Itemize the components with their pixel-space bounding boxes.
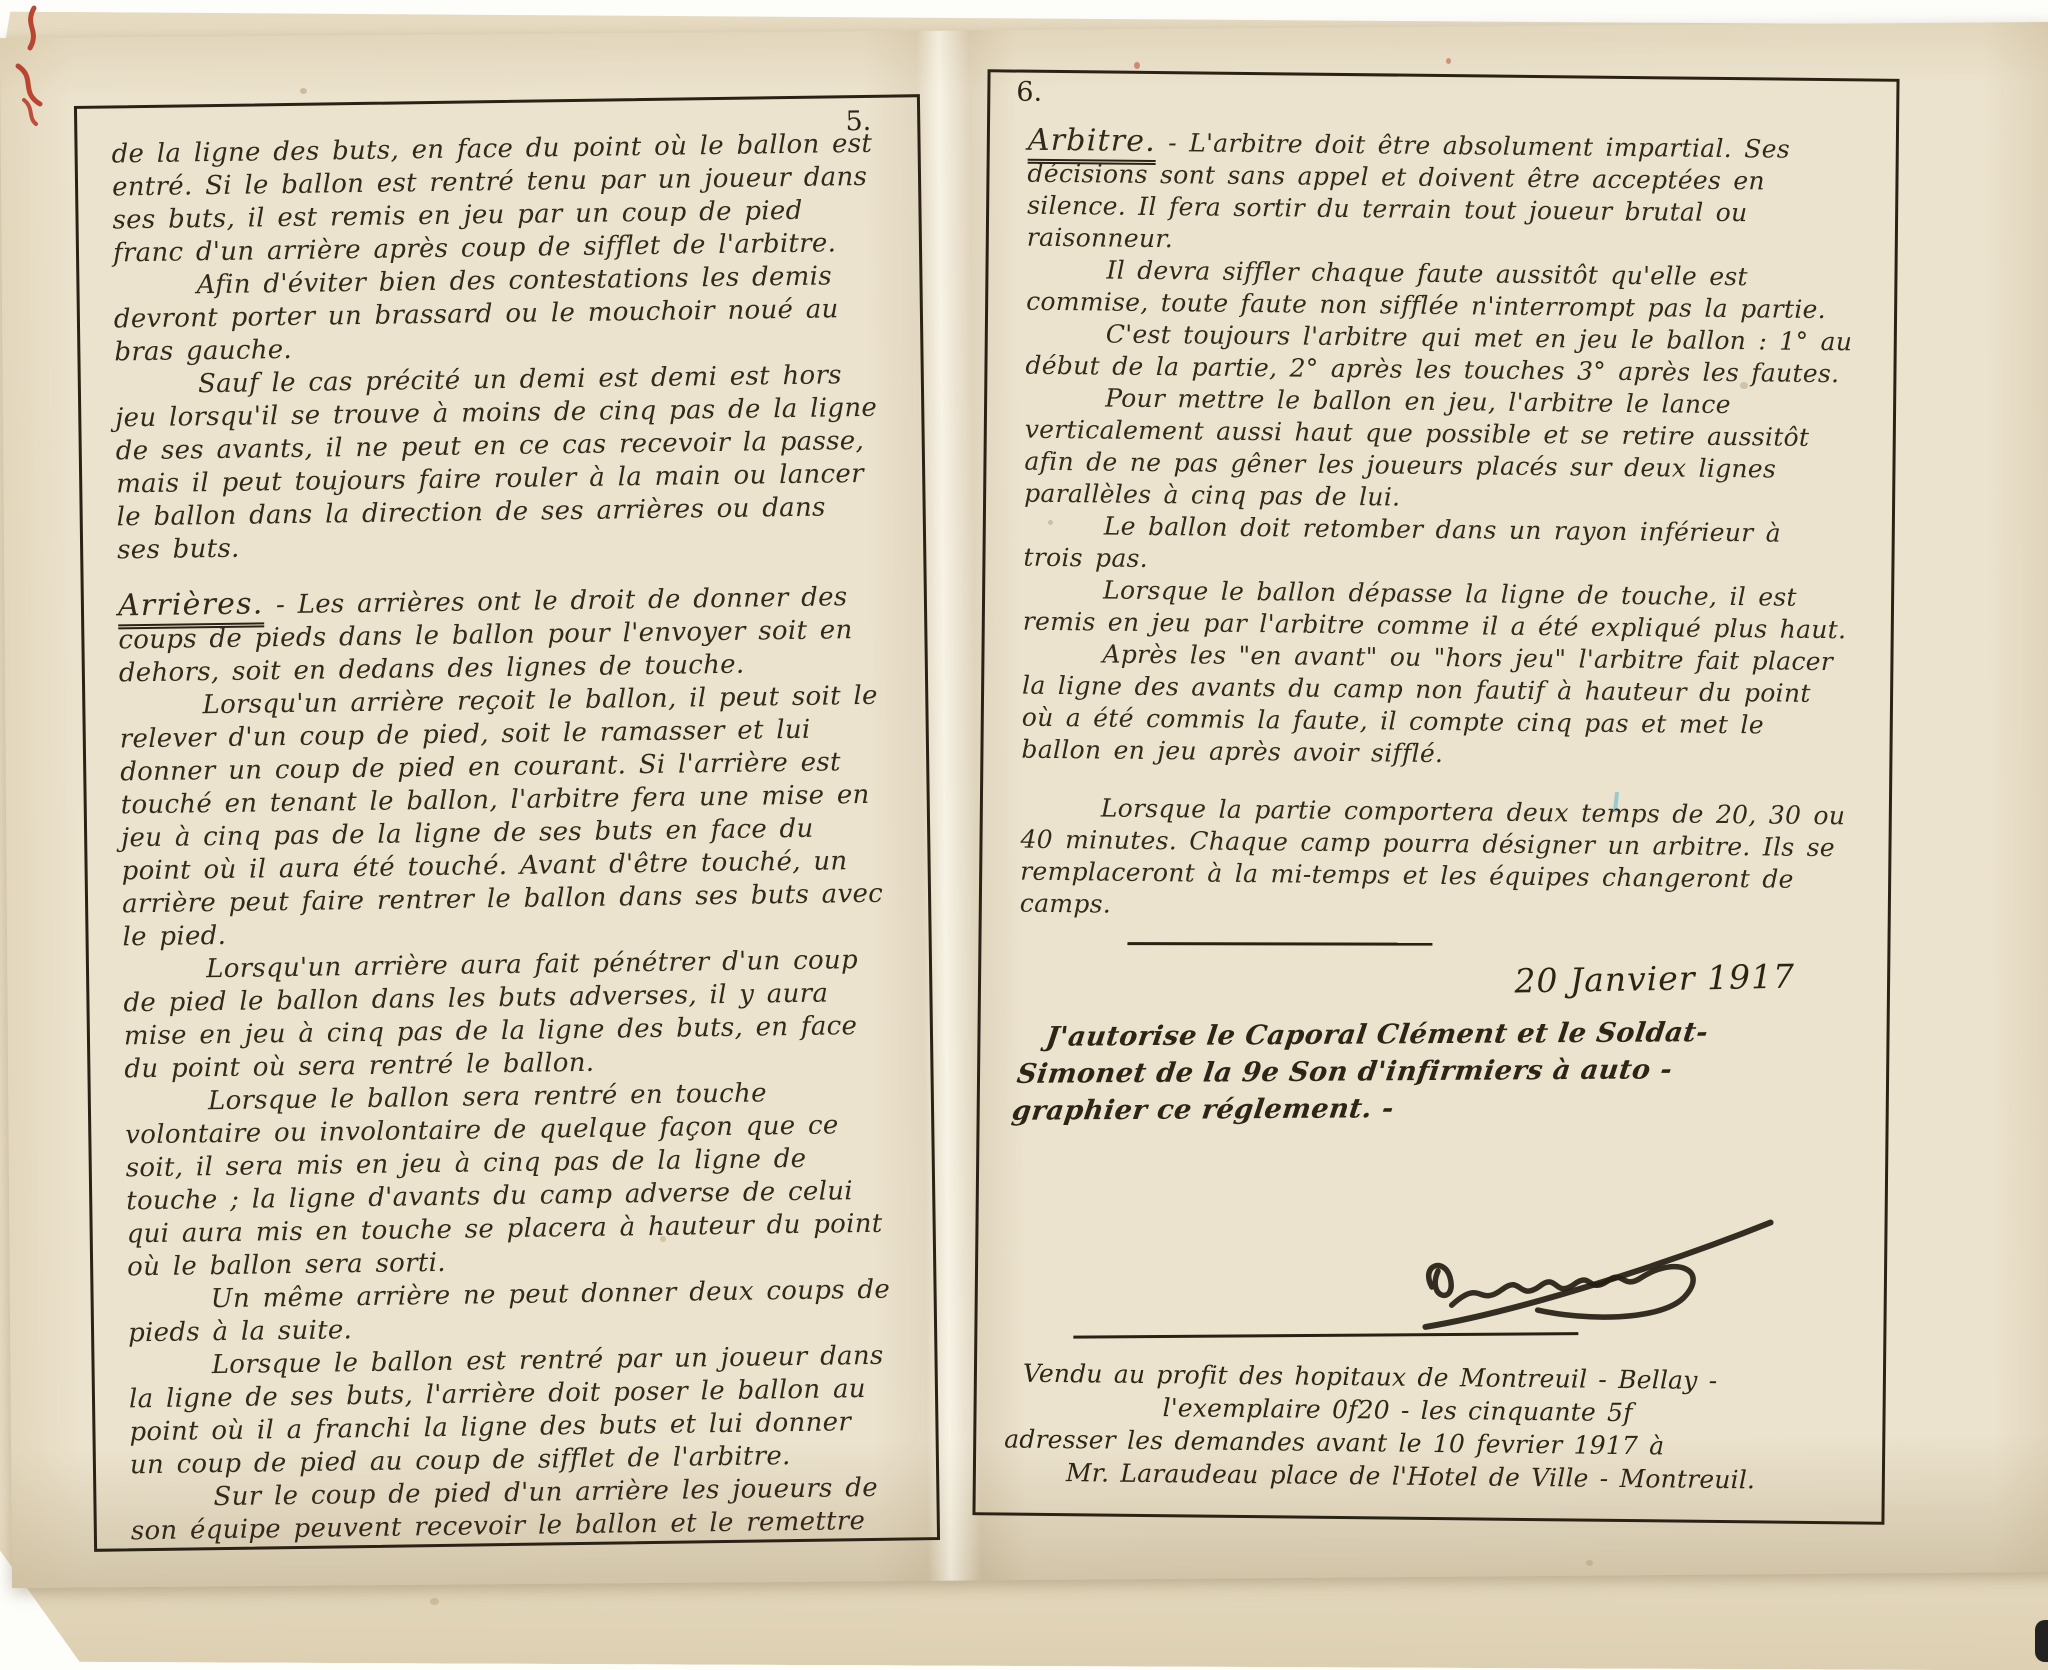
paragraph: Le ballon doit retomber dans un rayon in… <box>1023 510 1852 583</box>
paragraph: Lorsqu'un arrière aura fait pénétrer d'u… <box>123 944 889 1087</box>
sale-note-line: Mr. Laraudeau place de l'Hotel de Ville … <box>1066 1456 1850 1497</box>
foxing-spot <box>430 1598 439 1605</box>
page-6-body: Arbitre. - L'arbitre doit être absolumen… <box>1020 125 1856 929</box>
authorization-line: graphier ce réglement. - <box>1010 1087 1845 1130</box>
paragraph: Un même arrière ne peut donner deux coup… <box>127 1274 892 1351</box>
page-5-body: de la ligne des buts, en face du point o… <box>111 128 896 1552</box>
paragraph: Lorsque la partie comportera deux temps … <box>1020 792 1849 929</box>
paragraph: Sauf le cas précité un demi est demi est… <box>115 359 882 568</box>
section-arbitre: Arbitre. - L'arbitre doit être absolumen… <box>1027 125 1856 263</box>
red-pencil-mark <box>4 0 74 132</box>
paragraph: Il devra siffler chaque faute aussitôt q… <box>1026 254 1855 327</box>
paragraph: Après les "en avant" ou "hors jeu" l'arb… <box>1021 638 1850 775</box>
foxing-spot <box>1586 1560 1593 1566</box>
page-5: 5. de la ligne des buts, en face du poin… <box>74 94 940 1552</box>
hand-drawn-rule <box>1127 942 1432 946</box>
paragraph: C'est toujours l'arbitre qui met en jeu … <box>1025 318 1854 391</box>
authorization-note: J'autorise le Caporal Clément et le Sold… <box>1010 1013 1855 1130</box>
date: 20 Janvier 1917 <box>1019 956 1848 1009</box>
sale-note-line: Vendu au profit des hopitaux de Montreui… <box>1023 1357 1851 1399</box>
authorization-line: Simonet de la 9e Son d'infirmiers à auto… <box>1015 1050 1850 1093</box>
scan-edge-mark <box>2035 1620 2048 1662</box>
paragraph: Lorsque le ballon dépasse la ligne de to… <box>1023 574 1852 647</box>
page-number-5: 5. <box>845 106 871 137</box>
section-arrieres: Arrières. - Les arrières ont le droit de… <box>118 579 883 691</box>
red-speck <box>1134 62 1140 69</box>
paragraph: Lorsque le ballon est rentré par un joue… <box>128 1340 894 1483</box>
paragraph: Pour mettre le ballon en jeu, l'arbitre … <box>1024 382 1853 519</box>
page-6: 6. Arbitre. - L'arbitre doit être absolu… <box>972 69 1899 1524</box>
page-number-6: 6. <box>1016 77 1042 108</box>
authorization-line: J'autorise le Caporal Clément et le Sold… <box>1044 1013 1855 1056</box>
paragraph: Afin d'éviter bien des contestations les… <box>113 260 878 370</box>
paragraph: Lorsqu'un arrière reçoit le ballon, il p… <box>119 680 887 955</box>
paragraph: de la ligne des buts, en face du point o… <box>111 128 877 271</box>
sale-note: Vendu au profit des hopitaux de Montreui… <box>1010 1357 1851 1498</box>
paragraph: Sur le coup de pied d'un arrière les jou… <box>130 1472 896 1552</box>
paragraph: Lorsque le ballon sera rentré en touche … <box>125 1076 892 1285</box>
foxing-spot <box>300 88 307 94</box>
red-speck <box>1446 58 1451 64</box>
